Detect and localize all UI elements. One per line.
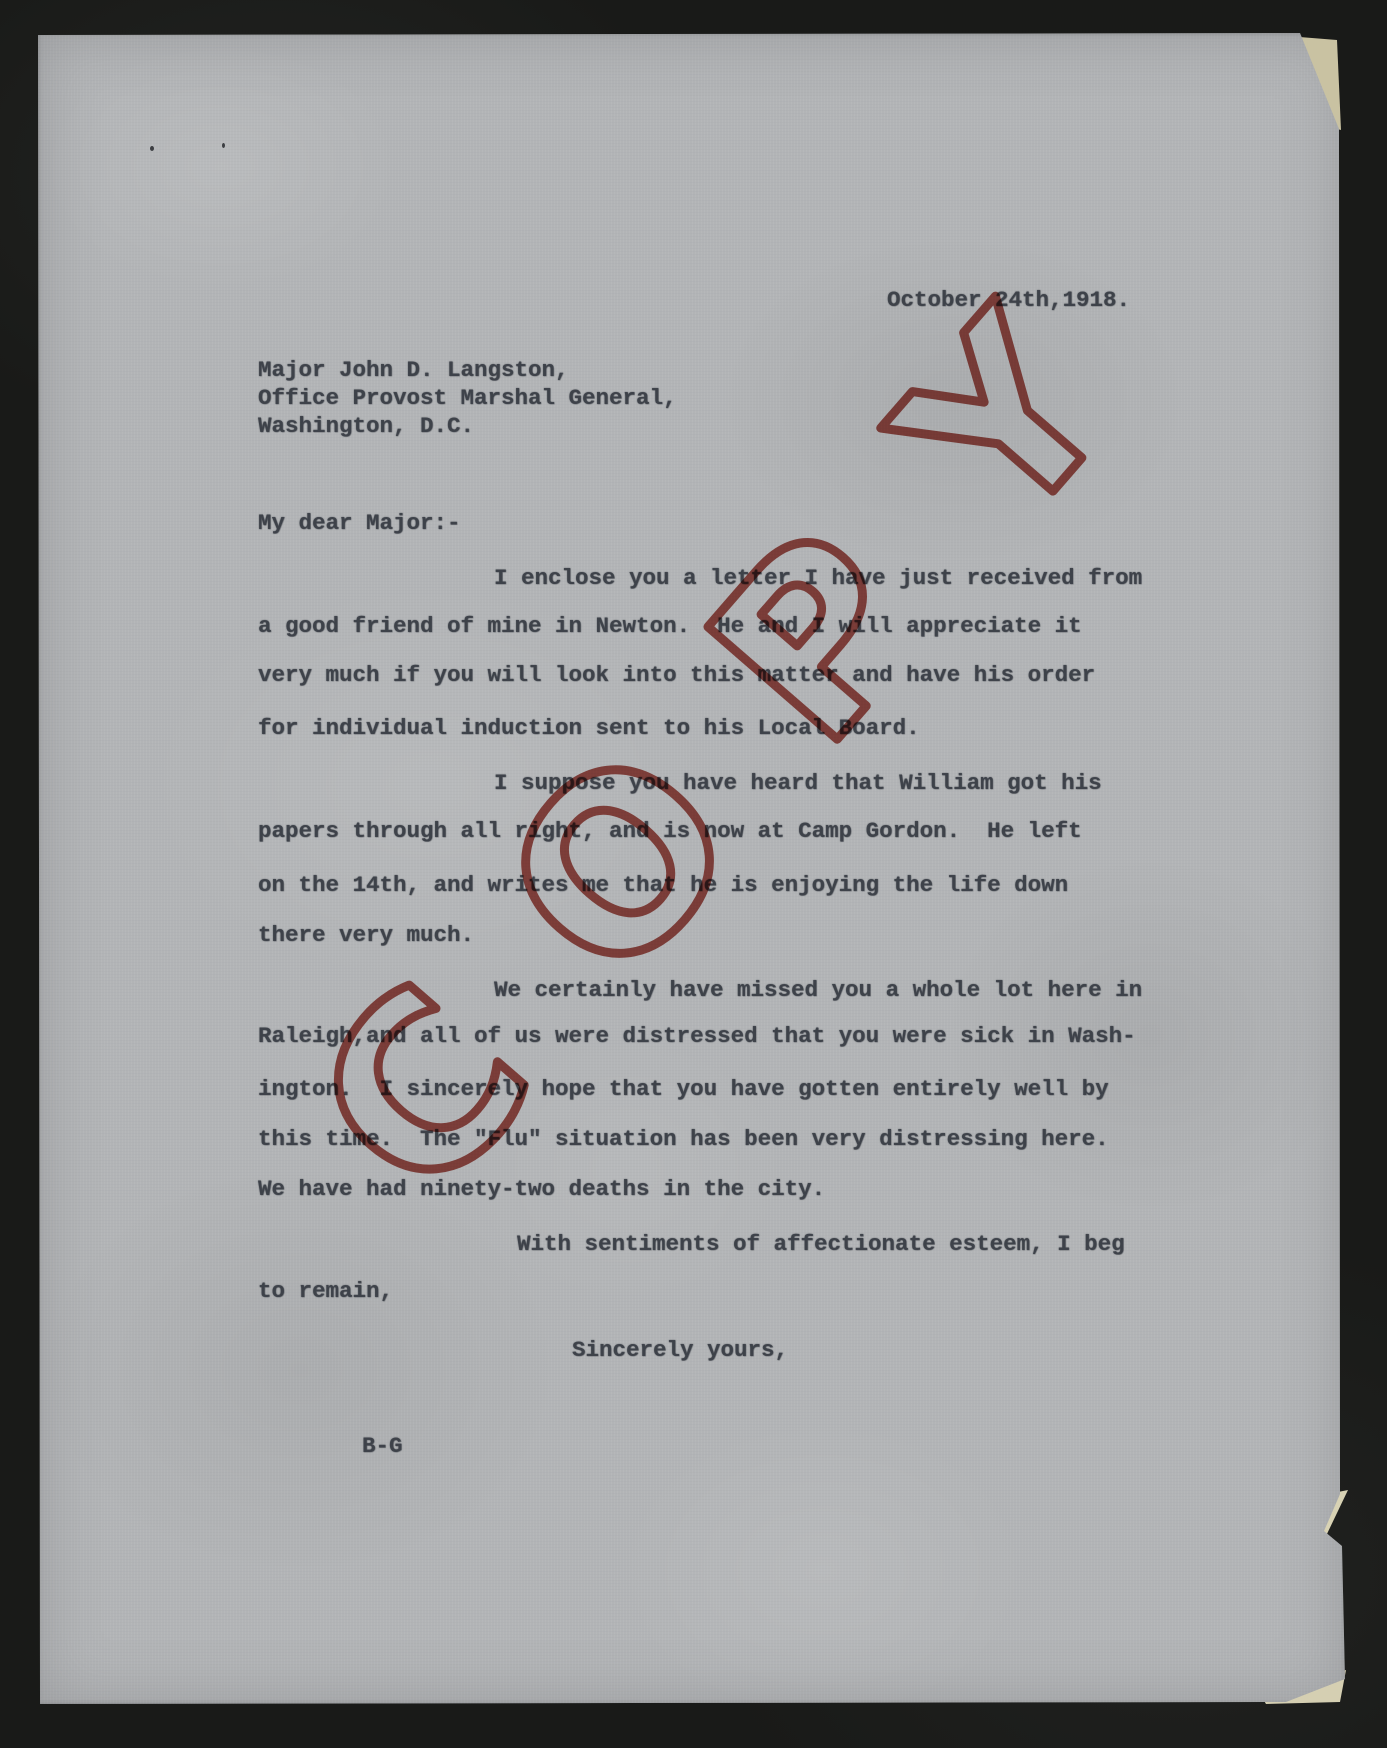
body-line: there very much. <box>258 921 474 949</box>
recipient-line: Washington, D.C. <box>258 412 474 440</box>
body-line: very much if you will look into this mat… <box>258 661 1095 689</box>
body-line: I enclose you a letter I have just recei… <box>494 564 1142 592</box>
date-line: October 24th,1918. <box>887 286 1130 314</box>
paper-speck <box>150 146 154 151</box>
typist-initials: B-G <box>362 1432 403 1460</box>
body-line: for individual induction sent to his Loc… <box>258 714 920 742</box>
body-line: ington. I sincerely hope that you have g… <box>258 1075 1109 1103</box>
recipient-line: Office Provost Marshal General, <box>258 384 677 412</box>
paper-speck <box>222 143 225 148</box>
scanned-letter-screenshot: { "scan": { "background_color": "#191a18… <box>0 0 1387 1748</box>
recipient-line: Major John D. Langston, <box>258 356 569 384</box>
salutation: My dear Major:- <box>258 509 461 537</box>
body-line: We certainly have missed you a whole lot… <box>494 976 1142 1004</box>
body-line: a good friend of mine in Newton. He and … <box>258 612 1082 640</box>
body-line: this time. The "Flu" situation has been … <box>258 1125 1109 1153</box>
body-line: I suppose you have heard that William go… <box>494 769 1102 797</box>
body-line: We have had ninety-two deaths in the cit… <box>258 1175 825 1203</box>
body-line: papers through all right, and is now at … <box>258 817 1082 845</box>
valediction: Sincerely yours, <box>572 1336 788 1364</box>
body-line: to remain, <box>258 1277 393 1305</box>
body-line: Raleigh,and all of us were distressed th… <box>258 1022 1136 1050</box>
body-line: on the 14th, and writes me that he is en… <box>258 871 1068 899</box>
letter-page <box>38 33 1346 1704</box>
body-line: With sentiments of affectionate esteem, … <box>517 1230 1125 1258</box>
